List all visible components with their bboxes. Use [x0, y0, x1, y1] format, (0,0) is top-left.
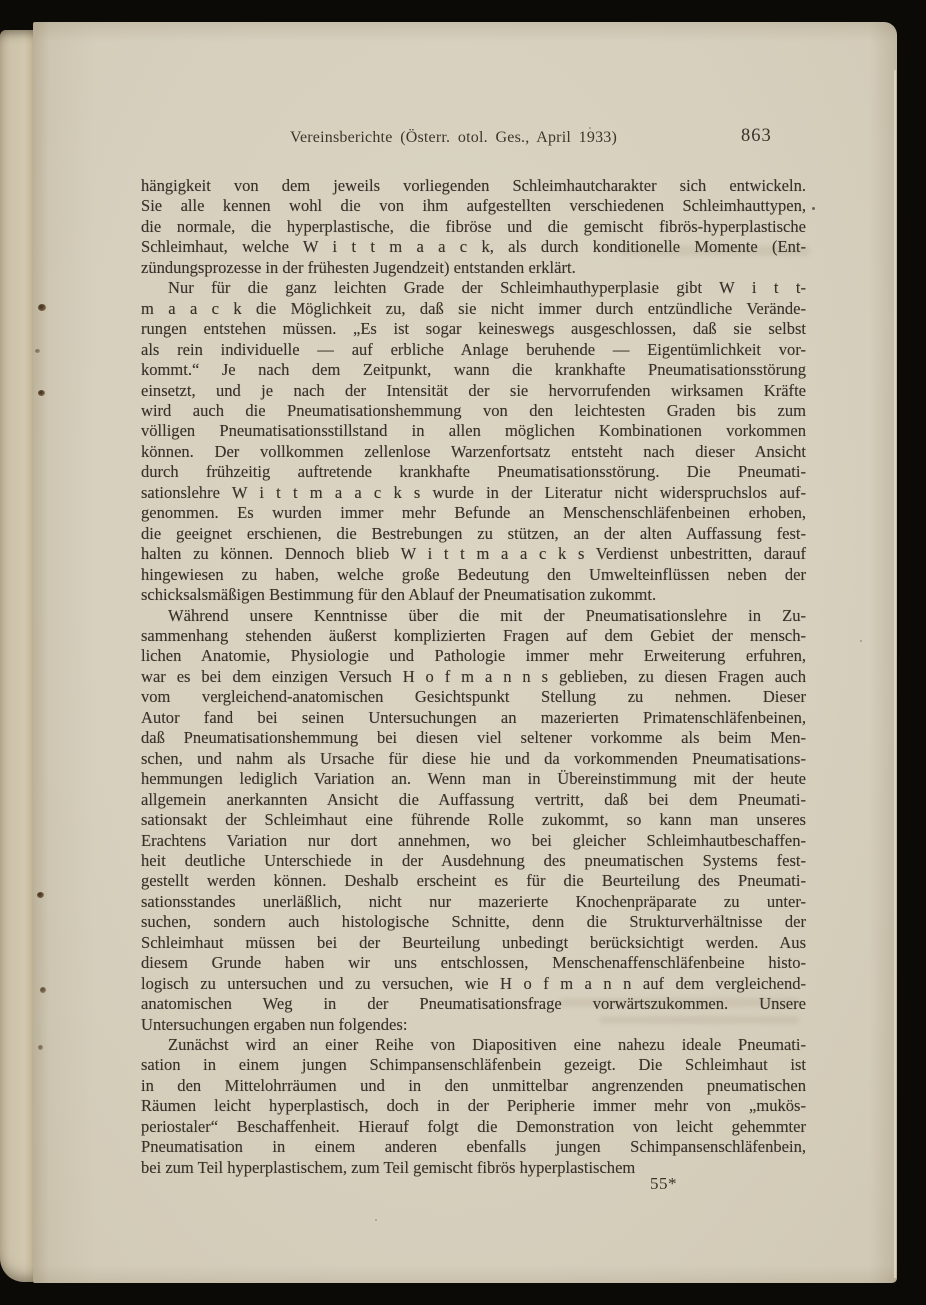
text-line: Räumen leicht hyperplastisch, doch in de…	[141, 1096, 806, 1116]
text-line: schicksalsmäßigen Bestimmung für den Abl…	[141, 585, 806, 605]
text-line: suchen, sondern auch histologische Schni…	[141, 912, 806, 932]
text-line: können. Der vollkommen zellenlose Warzen…	[141, 442, 806, 462]
text-line: Schleimhaut müssen bei der Beurteilung u…	[141, 933, 806, 953]
text-line: rungen entstehen müssen. „Es ist sogar k…	[141, 319, 806, 339]
text-line: durch frühzeitig auftretende krankhafte …	[141, 462, 806, 482]
text-line: zündungsprozesse in der frühesten Jugend…	[141, 258, 806, 278]
text-line: einsetzt, und je nach der Intensität der…	[141, 381, 806, 401]
page-edge-highlight	[894, 70, 896, 1278]
text-line: sation in einem jungen Schimpansenschläf…	[141, 1055, 806, 1075]
text-line: gestellt werden können. Deshalb erschein…	[141, 871, 806, 891]
text-line: hemmungen lediglich Variation an. Wenn m…	[141, 769, 806, 789]
stitch-hole	[38, 304, 46, 311]
stitch-hole	[38, 1045, 43, 1050]
text-line: daß Pneumatisationshemmung bei diesen vi…	[141, 728, 806, 748]
text-line: logisch zu untersuchen und zu versuchen,…	[141, 974, 806, 994]
text-line: wird auch die Pneumatisationshemmung von…	[141, 401, 806, 421]
text-line: in den Mittelohrräumen und in den unmitt…	[141, 1076, 806, 1096]
text-line: Untersuchungen ergaben nun folgendes:	[141, 1015, 806, 1035]
text-line: die normale, die hyperplastische, die fi…	[141, 217, 806, 237]
dust-speck	[860, 640, 862, 642]
text-line: Nur für die ganz leichten Grade der Schl…	[141, 278, 806, 298]
text-line: Autor fand bei seinen Untersuchungen an …	[141, 708, 806, 728]
dust-speck	[812, 207, 815, 210]
text-line: kommt.“ Je nach dem Zeitpunkt, wann die …	[141, 360, 806, 380]
previous-page-edge	[0, 30, 36, 1282]
text-line: Schleimhaut, welche W i t t m a a c k, a…	[141, 237, 806, 257]
stitch-hole	[37, 892, 44, 898]
stitch-hole	[38, 390, 45, 396]
signature-mark: 55*	[650, 1174, 677, 1194]
text-line: als rein individuelle — auf erbliche Anl…	[141, 340, 806, 360]
text-line: periostaler“ Beschaffenheit. Hierauf fol…	[141, 1117, 806, 1137]
text-line: war es bei dem einzigen Versuch H o f m …	[141, 667, 806, 687]
text-line: heit deutliche Unterschiede in der Ausde…	[141, 851, 806, 871]
text-line: hingewiesen zu haben, welche große Bedeu…	[141, 565, 806, 585]
text-line: Zunächst wird an einer Reihe von Diaposi…	[141, 1035, 806, 1055]
text-line: genommen. Es wurden immer mehr Befunde a…	[141, 503, 806, 523]
text-line: Sie alle kennen wohl die von ihm aufgest…	[141, 196, 806, 216]
text-line: lichen Anatomie, Physiologie und Patholo…	[141, 646, 806, 666]
text-line: Während unsere Kenntnisse über die mit d…	[141, 606, 806, 626]
running-head-title: Vereinsberichte (Österr. otol. Ges., Apr…	[141, 129, 806, 147]
text-line: sammenhang stehenden äußerst kompliziert…	[141, 626, 806, 646]
text-line: diesem Grunde haben wir uns entschlossen…	[141, 953, 806, 973]
page-number: 863	[741, 126, 772, 147]
text-line: anatomischen Weg in der Pneumatisationsf…	[141, 994, 806, 1014]
text-line: m a a c k die Möglichkeit zu, daß sie ni…	[141, 299, 806, 319]
text-line: Pneumatisation in einem anderen ebenfall…	[141, 1137, 806, 1157]
scanned-book-page: Vereinsberichte (Österr. otol. Ges., Apr…	[0, 0, 926, 1305]
stitch-hole	[35, 349, 40, 353]
text-line: halten zu können. Dennoch blieb W i t t …	[141, 544, 806, 564]
text-line: schen, und nahm als Ursache für diese hi…	[141, 749, 806, 769]
text-line: allgemein anerkannten Ansicht die Auffas…	[141, 790, 806, 810]
dust-speck	[375, 1219, 377, 1221]
text-line: bei zum Teil hyperplastischem, zum Teil …	[141, 1158, 806, 1178]
text-line: sationslehre W i t t m a a c k s wurde i…	[141, 483, 806, 503]
text-line: sationsakt der Schleimhaut eine führende…	[141, 810, 806, 830]
text-line: hängigkeit von dem jeweils vorliegenden …	[141, 176, 806, 196]
text-line: vom vergleichend-anatomischen Gesichtspu…	[141, 687, 806, 707]
text-line: die geeignet erschienen, die Bestrebunge…	[141, 524, 806, 544]
stitch-hole	[40, 987, 46, 993]
body-text: hängigkeit von dem jeweils vorliegenden …	[141, 176, 806, 1178]
book-page: Vereinsberichte (Österr. otol. Ges., Apr…	[33, 22, 897, 1283]
text-line: völligen Pneumatisationsstillstand in al…	[141, 421, 806, 441]
text-line: sationsstandes unerläßlich, nicht nur ma…	[141, 892, 806, 912]
text-line: Erachtens Variation nur dort annehmen, w…	[141, 831, 806, 851]
